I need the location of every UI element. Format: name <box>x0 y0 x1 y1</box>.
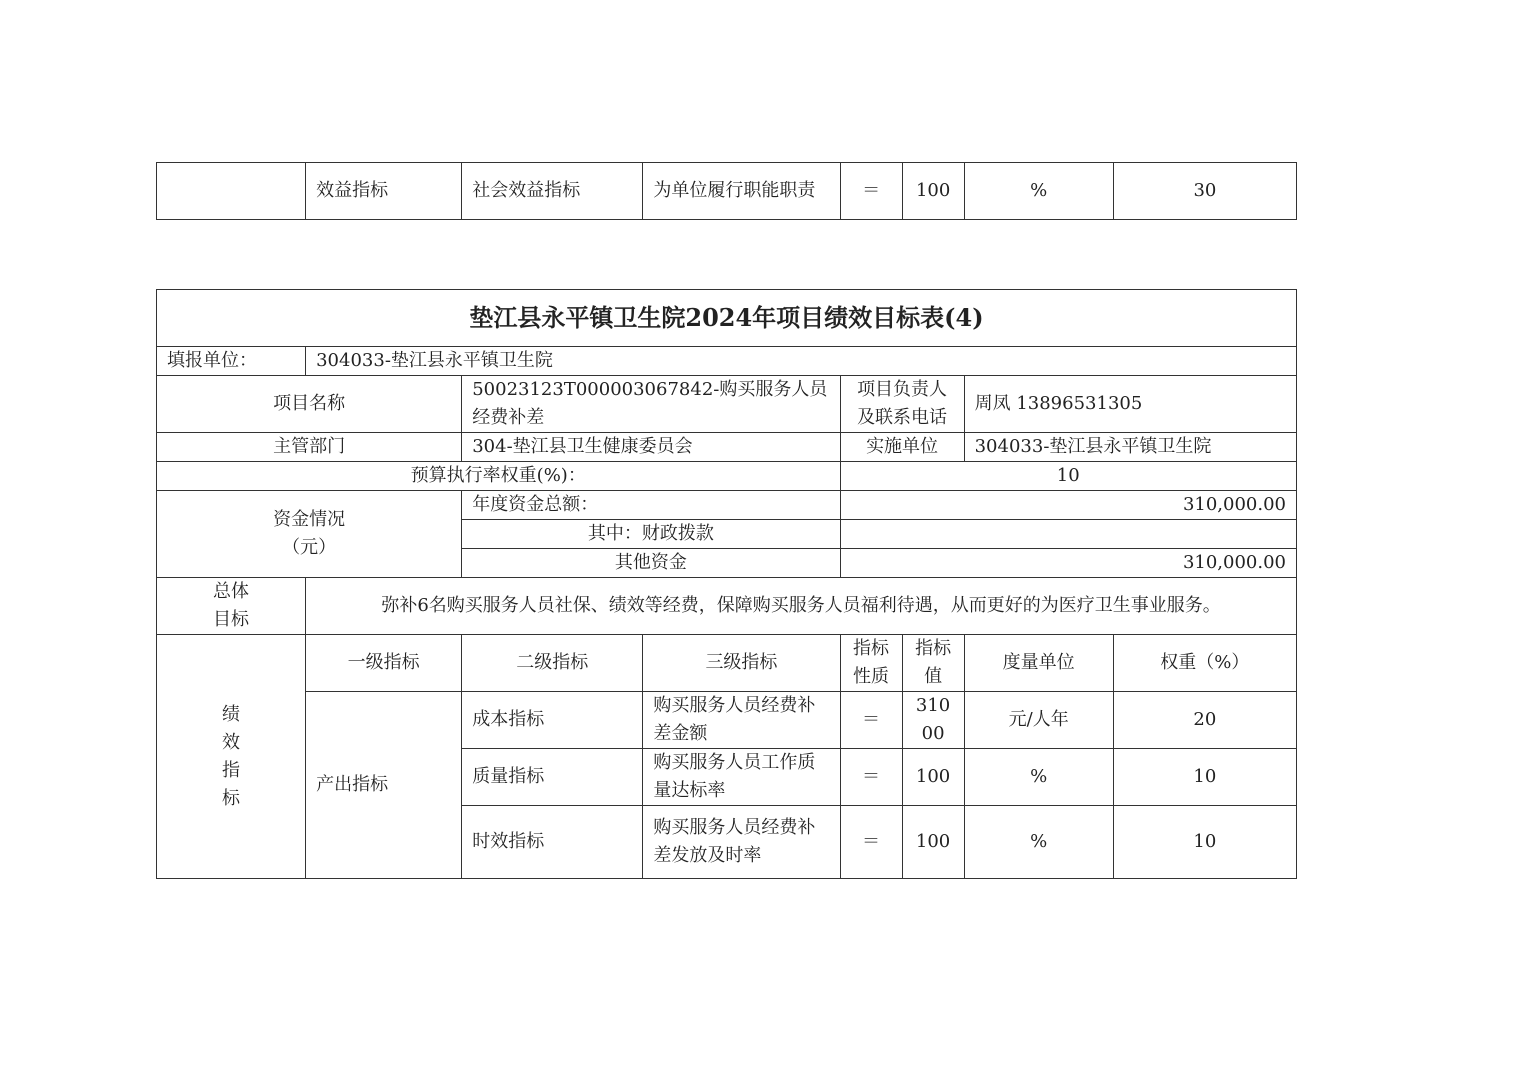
row-level2: 时效指标 <box>462 806 643 879</box>
perf-label-char: 效 <box>167 729 295 757</box>
header-value: 指标值 <box>902 635 964 692</box>
header-nature: 指标性质 <box>840 635 902 692</box>
header-unit: 度量单位 <box>964 635 1113 692</box>
perf-label-char: 绩 <box>167 701 295 729</box>
perf-label: 绩 效 指 标 <box>157 635 306 879</box>
row-value: 100 <box>902 806 964 879</box>
prev-level1: 效益指标 <box>306 163 462 220</box>
row-value: 100 <box>902 749 964 806</box>
funds-other-value: 310,000.00 <box>840 549 1296 578</box>
reporting-unit-value: 304033-垫江县永平镇卫生院 <box>306 347 1297 376</box>
perf-label-char: 标 <box>167 785 295 813</box>
dept-label: 主管部门 <box>157 433 462 462</box>
project-name-value: 50023123T000003067842-购买服务人员经费补差 <box>462 376 840 433</box>
prev-nature: ＝ <box>840 163 902 220</box>
goal-value: 弥补6名购买服务人员社保、绩效等经费，保障购买服务人员福利待遇，从而更好的为医疗… <box>306 578 1297 635</box>
funds-total-label: 年度资金总额： <box>462 491 840 520</box>
row-level2: 成本指标 <box>462 692 643 749</box>
goal-label-line1: 总体 <box>167 578 295 606</box>
budget-weight-label: 预算执行率权重(%)： <box>157 462 841 491</box>
prev-level2: 社会效益指标 <box>462 163 643 220</box>
funds-label: 资金情况 （元） <box>157 491 462 578</box>
header-weight: 权重（%） <box>1113 635 1296 692</box>
project-leader-label: 项目负责人及联系电话 <box>840 376 964 433</box>
row-nature: ＝ <box>840 749 902 806</box>
row-value: 31000 <box>902 692 964 749</box>
header-level1: 一级指标 <box>306 635 462 692</box>
header-level2: 二级指标 <box>462 635 643 692</box>
row-weight: 10 <box>1113 749 1296 806</box>
row-nature: ＝ <box>840 806 902 879</box>
budget-weight-value: 10 <box>840 462 1296 491</box>
perf-label-char: 指 <box>167 757 295 785</box>
reporting-unit-label: 填报单位： <box>157 347 306 376</box>
funds-label-line1: 资金情况 <box>167 506 451 534</box>
impl-unit-value: 304033-垫江县永平镇卫生院 <box>964 433 1296 462</box>
row-nature: ＝ <box>840 692 902 749</box>
funds-other-label: 其他资金 <box>462 549 840 578</box>
row-unit: % <box>964 749 1113 806</box>
project-leader-value: 周凤 13896531305 <box>964 376 1296 433</box>
goal-label-line2: 目标 <box>167 606 295 634</box>
header-level3: 三级指标 <box>643 635 840 692</box>
prev-unit: % <box>964 163 1113 220</box>
table-title: 垫江县永平镇卫生院2024年项目绩效目标表(4) <box>157 290 1297 347</box>
level1-group: 产出指标 <box>306 692 462 879</box>
prev-value: 100 <box>902 163 964 220</box>
row-level3: 购买服务人员经费补差发放及时率 <box>643 806 840 879</box>
row-weight: 20 <box>1113 692 1296 749</box>
row-level3: 购买服务人员工作质量达标率 <box>643 749 840 806</box>
prev-col1 <box>157 163 306 220</box>
performance-target-table: 垫江县永平镇卫生院2024年项目绩效目标表(4) 填报单位： 304033-垫江… <box>156 289 1297 879</box>
row-level3: 购买服务人员经费补差金额 <box>643 692 840 749</box>
impl-unit-label: 实施单位 <box>840 433 964 462</box>
previous-table-fragment: 效益指标 社会效益指标 为单位履行职能职责 ＝ 100 % 30 <box>156 162 1297 220</box>
table-row: 产出指标 成本指标 购买服务人员经费补差金额 ＝ 31000 元/人年 20 <box>157 692 1297 749</box>
funds-fiscal-value <box>840 520 1296 549</box>
dept-value: 304-垫江县卫生健康委员会 <box>462 433 840 462</box>
row-level2: 质量指标 <box>462 749 643 806</box>
funds-fiscal-label: 其中：财政拨款 <box>462 520 840 549</box>
goal-label: 总体 目标 <box>157 578 306 635</box>
project-name-label: 项目名称 <box>157 376 462 433</box>
row-unit: 元/人年 <box>964 692 1113 749</box>
funds-label-line2: （元） <box>167 534 451 562</box>
row-weight: 10 <box>1113 806 1296 879</box>
funds-total-value: 310,000.00 <box>840 491 1296 520</box>
prev-level3: 为单位履行职能职责 <box>643 163 840 220</box>
prev-weight: 30 <box>1113 163 1296 220</box>
row-unit: % <box>964 806 1113 879</box>
